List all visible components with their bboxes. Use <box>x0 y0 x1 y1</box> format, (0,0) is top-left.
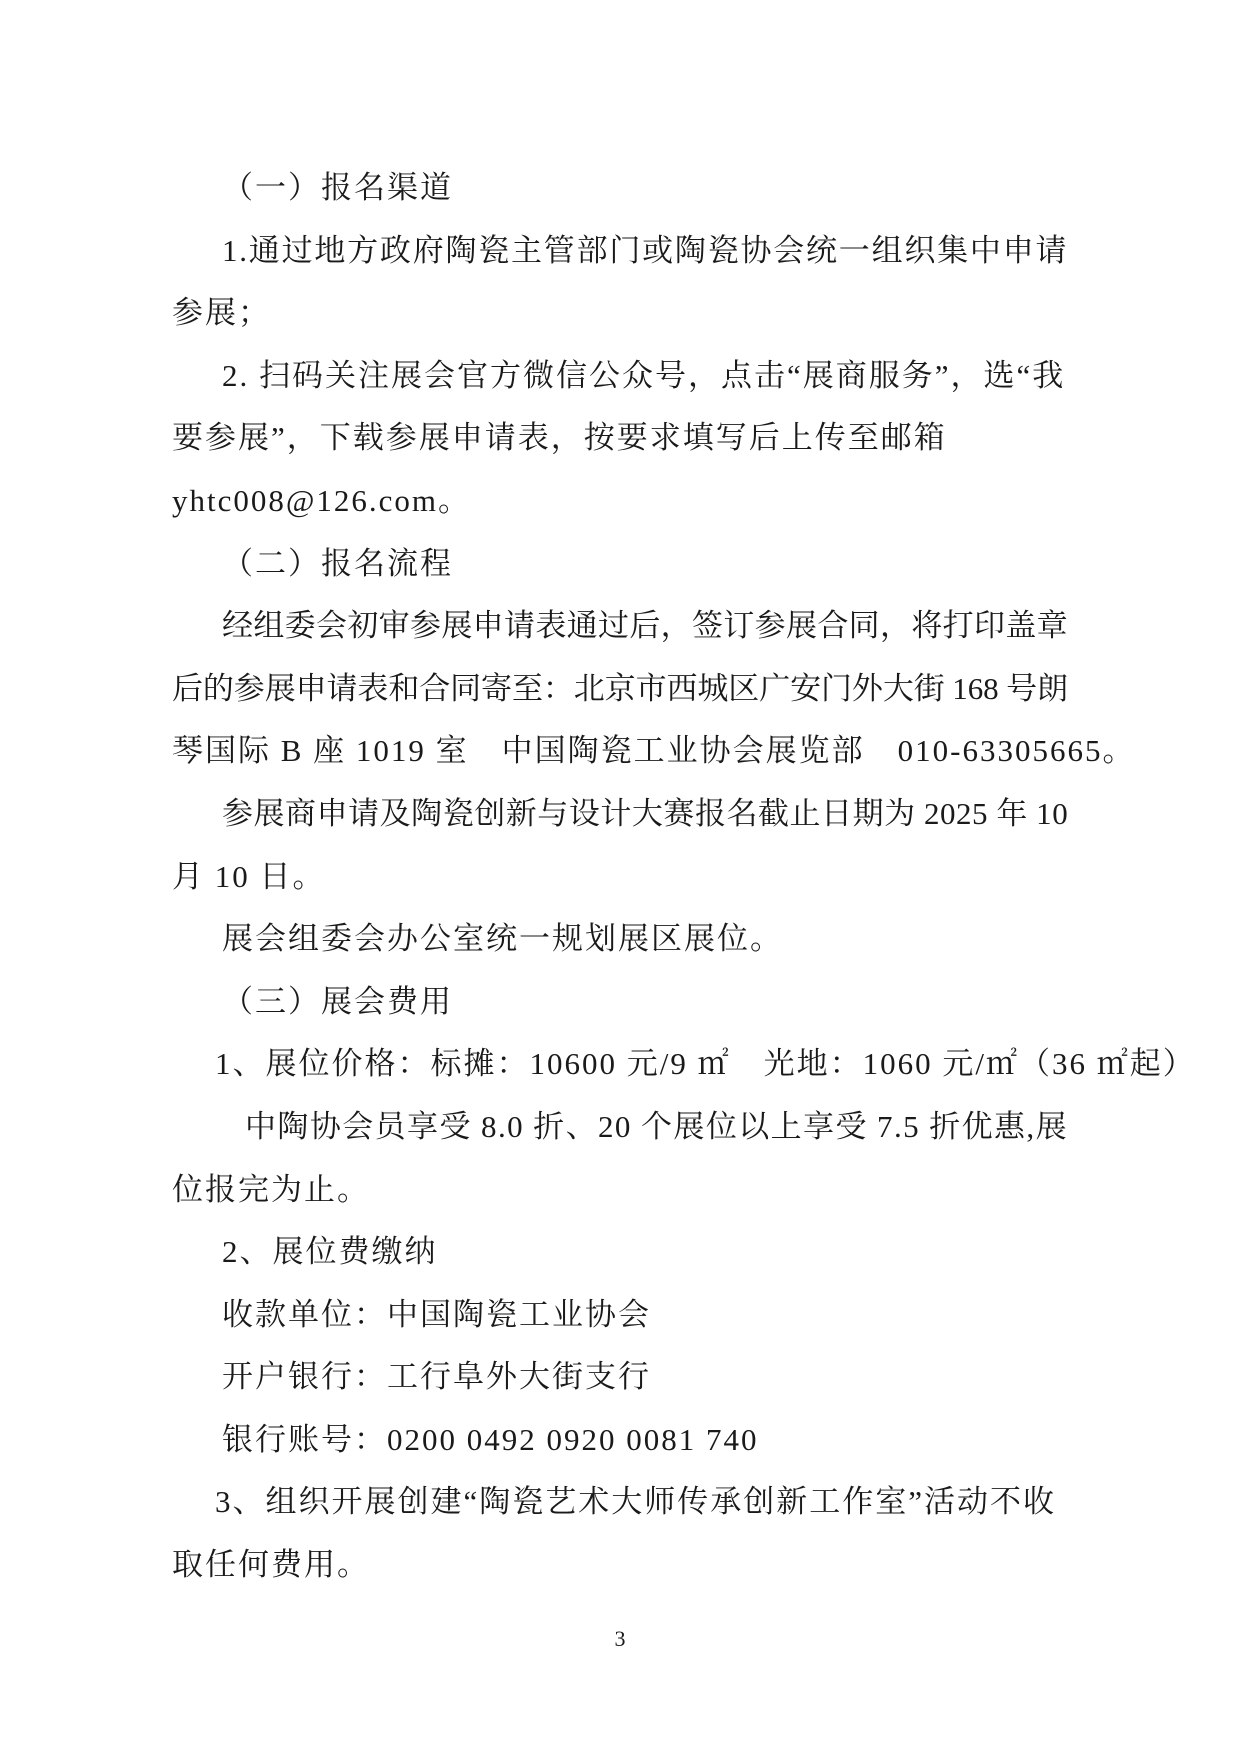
document-line: 参展； <box>172 282 1068 345</box>
document-line: 银行账号：0200 0492 0920 0081 740 <box>172 1409 1068 1472</box>
document-line: 开户银行：工行阜外大街支行 <box>172 1346 1068 1409</box>
document-line: 参展商申请及陶瓷创新与设计大赛报名截止日期为 2025 年 10 <box>172 783 1068 846</box>
document-line: yhtc008@126.com。 <box>172 470 1068 533</box>
document-line: （一）报名渠道 <box>172 157 1068 220</box>
document-line: 琴国际 B 座 1019 室 中国陶瓷工业协会展览部 010-63305665。 <box>172 720 1068 783</box>
document-line: （二）报名流程 <box>172 533 1068 596</box>
document-line: 位报完为止。 <box>172 1159 1068 1222</box>
document-line: （三）展会费用 <box>172 971 1068 1034</box>
document-line: 后的参展申请表和合同寄至：北京市西城区广安门外大街 168 号朗 <box>172 658 1068 721</box>
document-line: 中陶协会员享受 8.0 折、20 个展位以上享受 7.5 折优惠,展 <box>172 1096 1068 1159</box>
document-line: 1.通过地方政府陶瓷主管部门或陶瓷协会统一组织集中申请 <box>172 220 1068 283</box>
document-body: （一）报名渠道1.通过地方政府陶瓷主管部门或陶瓷协会统一组织集中申请参展；2. … <box>172 157 1068 1597</box>
document-line: 2、展位费缴纳 <box>172 1221 1068 1284</box>
page-number: 3 <box>0 1624 1240 1654</box>
document-line: 2. 扫码关注展会官方微信公众号，点击“展商服务”，选“我 <box>172 345 1068 408</box>
document-line: 3、组织开展创建“陶瓷艺术大师传承创新工作室”活动不收 <box>172 1471 1068 1534</box>
document-line: 收款单位：中国陶瓷工业协会 <box>172 1284 1068 1347</box>
document-line: 经组委会初审参展申请表通过后，签订参展合同，将打印盖章 <box>172 595 1068 658</box>
document-line: 要参展”，下载参展申请表，按要求填写后上传至邮箱 <box>172 407 1068 470</box>
document-line: 取任何费用。 <box>172 1534 1068 1597</box>
document-line: 展会组委会办公室统一规划展区展位。 <box>172 908 1068 971</box>
document-line: 1、展位价格：标摊：10600 元/9 ㎡ 光地：1060 元/㎡（36 ㎡起） <box>172 1033 1068 1096</box>
document-page: （一）报名渠道1.通过地方政府陶瓷主管部门或陶瓷协会统一组织集中申请参展；2. … <box>0 0 1240 1753</box>
document-line: 月 10 日。 <box>172 846 1068 909</box>
